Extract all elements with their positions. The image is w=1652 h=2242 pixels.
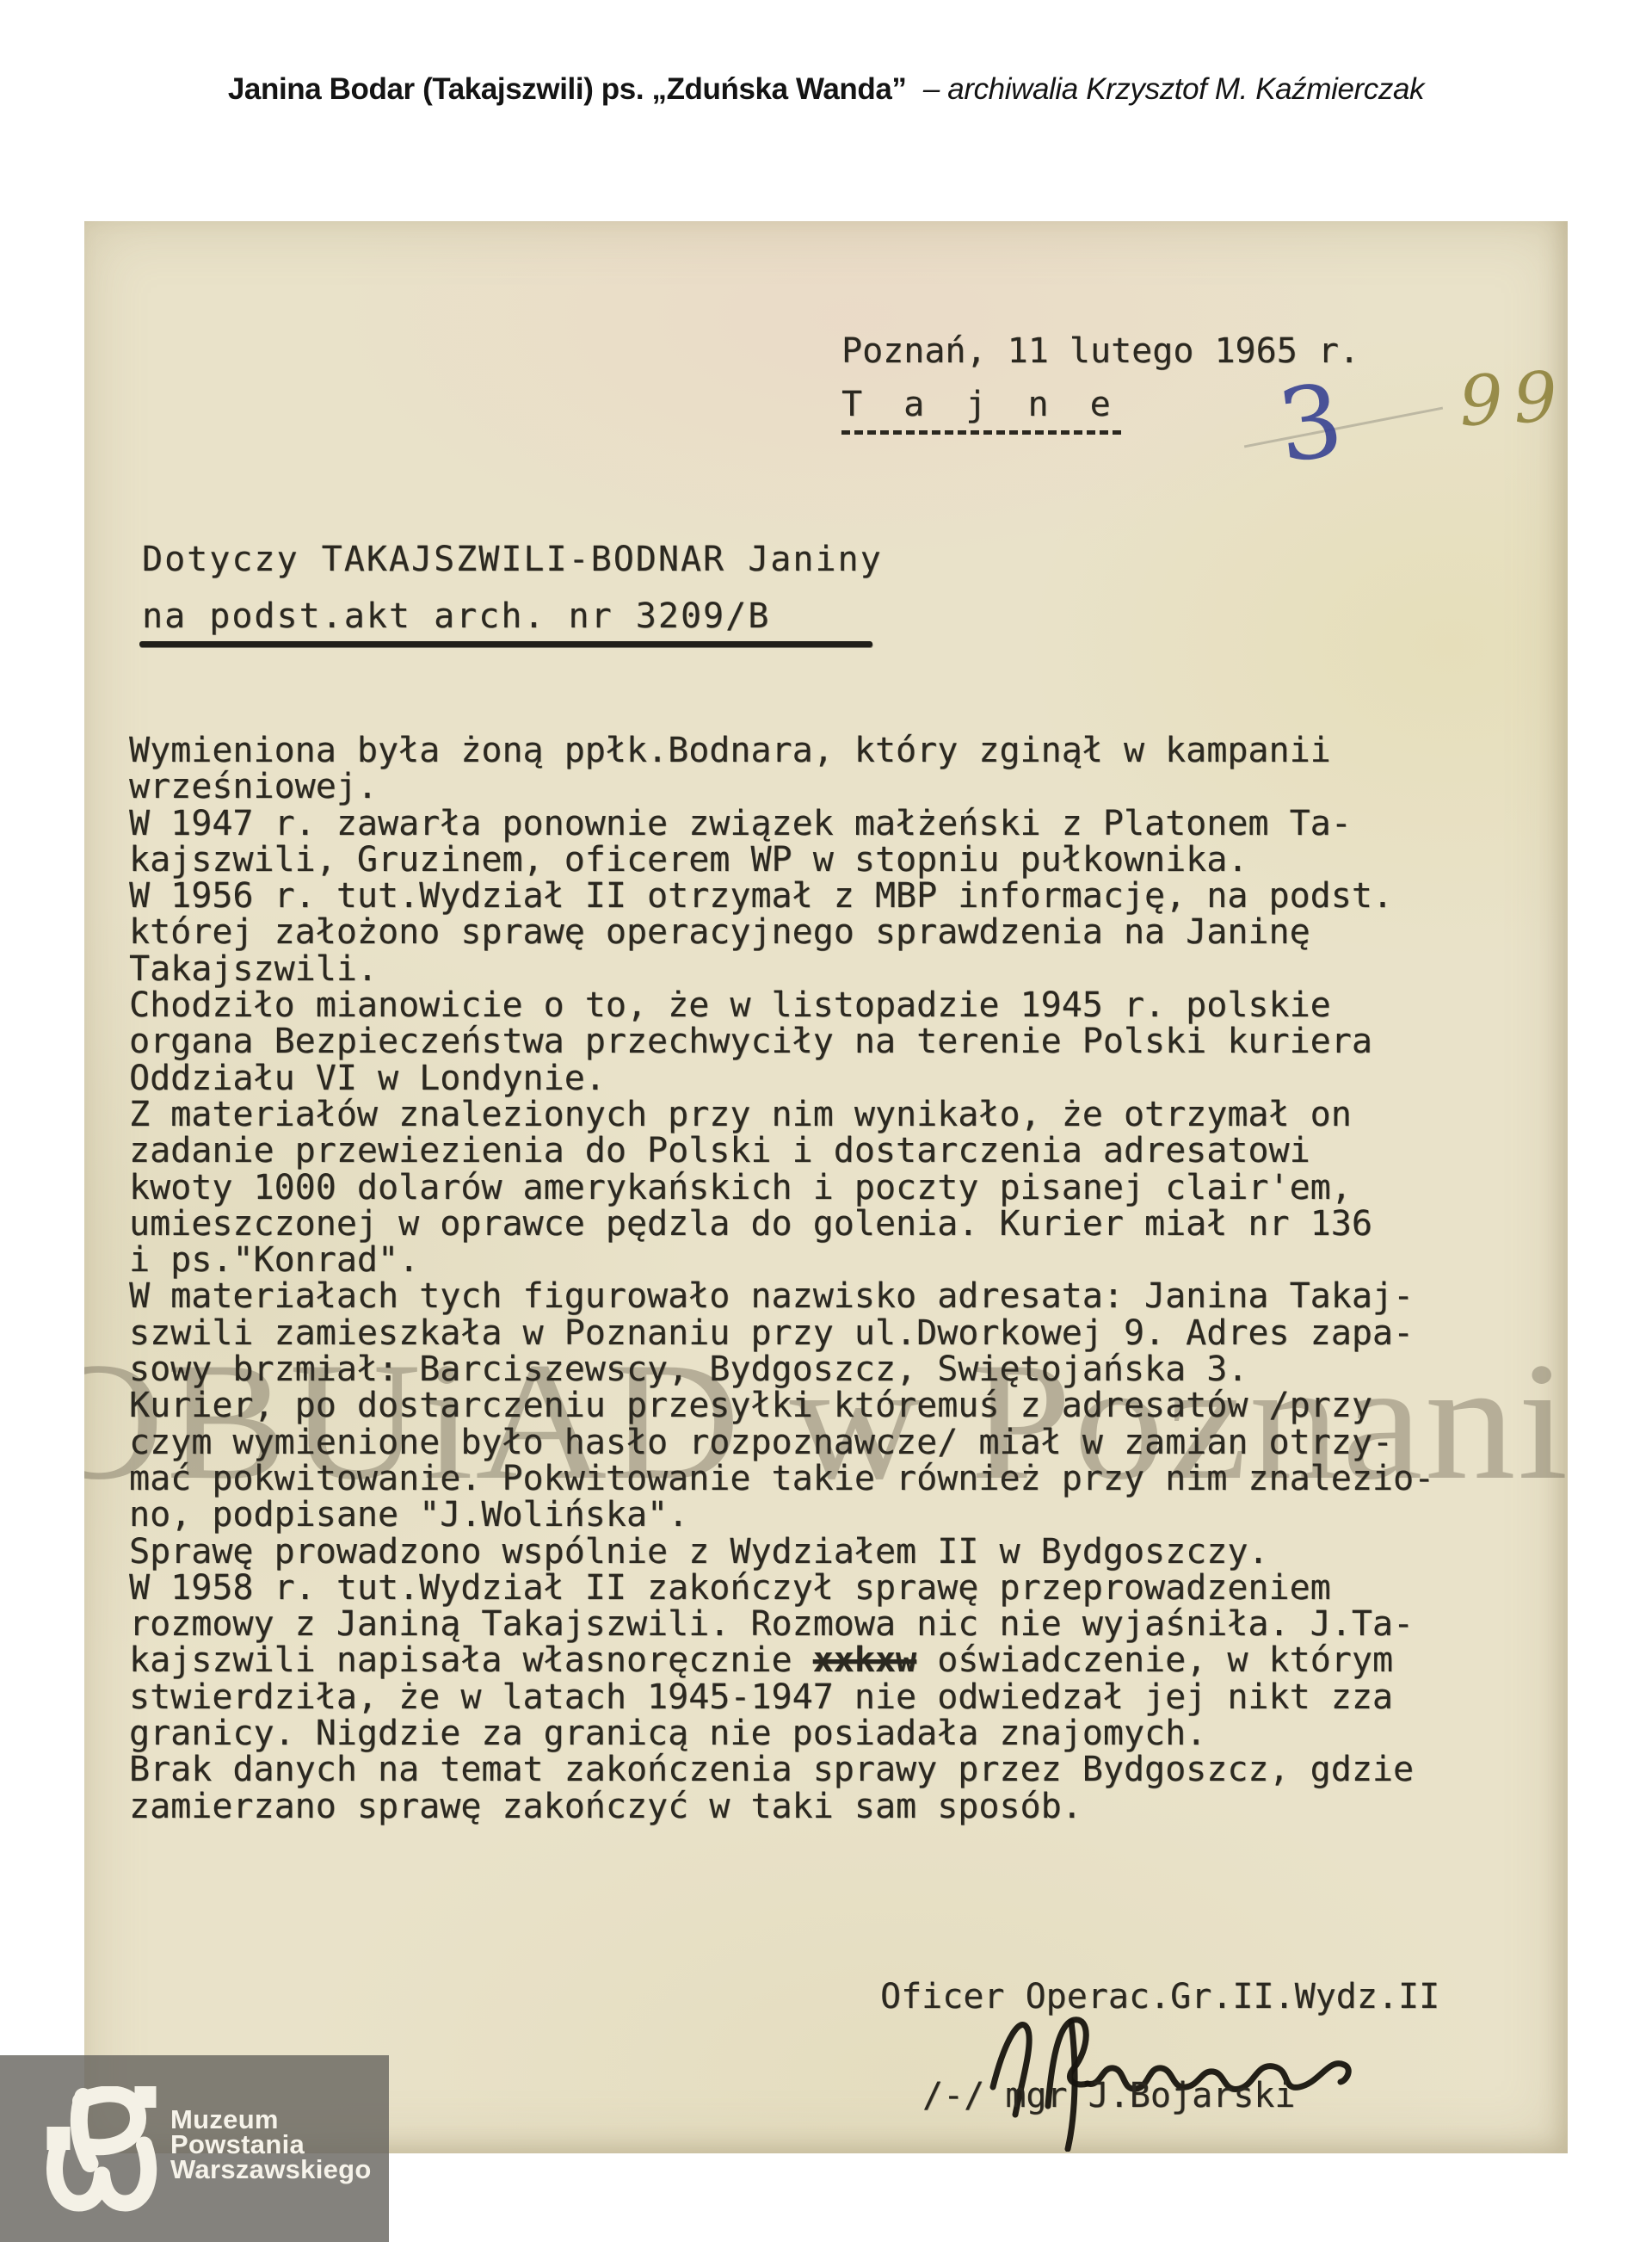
body-line: W materiałach tych figurowało nazwisko a…: [129, 1278, 1434, 1314]
body-line: W 1947 r. zawarła ponownie związek małże…: [129, 806, 1434, 842]
body-line: Sprawę prowadzono wspólnie z Wydziałem I…: [129, 1534, 1434, 1570]
body-line-part: kajszwili napisała własnoręcznie: [129, 1640, 813, 1680]
body-line: i ps."Konrad".: [129, 1242, 1434, 1278]
body-line: Wymieniona była żoną ppłk.Bodnara, który…: [129, 732, 1434, 769]
handwritten-number-blue: 3: [1272, 362, 1349, 485]
body-line: granicy. Nigdzie za granicą nie posiadał…: [129, 1715, 1434, 1751]
body-line: Takajszwili.: [129, 951, 1434, 987]
page: Janina Bodar (Takajszwili) ps. „Zduńska …: [0, 0, 1652, 2242]
body-line: stwierdziła, że w latach 1945-1947 nie o…: [129, 1679, 1434, 1715]
logo-line: Muzeum: [170, 2107, 372, 2132]
subject-block: Dotyczy TAKAJSZWILI-BODNAR Janiny na pod…: [142, 531, 883, 645]
body-line-part: oświadczenie, w którym: [916, 1640, 1393, 1680]
body-line: no, podpisane "J.Wolińska".: [129, 1497, 1434, 1533]
body-line: Chodziło mianowicie o to, że w listopadz…: [129, 987, 1434, 1023]
body-line: kwoty 1000 dolarów amerykańskich i poczt…: [129, 1170, 1434, 1206]
body-line: wrześniowej.: [129, 769, 1434, 805]
museum-logo-text: Muzeum Powstania Warszawskiego: [170, 2107, 372, 2182]
body-line: Brak danych na temat zakończenia sprawy …: [129, 1751, 1434, 1788]
body-line: sowy brzmiał: Barciszewscy, Bydgoszcz, S…: [129, 1351, 1434, 1387]
classification-stamp: T a j n e: [841, 385, 1121, 424]
museum-logo: Muzeum Powstania Warszawskiego: [0, 2055, 389, 2242]
body-line: której założono sprawę operacyjnego spra…: [129, 914, 1434, 950]
body-line-with-overstrike: kajszwili napisała własnoręcznie xxkxw o…: [129, 1642, 1434, 1678]
body-line: kajszwili, Gruzinem, oficerem WP w stopn…: [129, 842, 1434, 878]
subject-line: na podst.akt arch. nr 3209/B: [142, 588, 883, 645]
classification-text: T a j n e: [841, 385, 1121, 435]
body-line: czym wymienione było hasło rozpoznawcze/…: [129, 1424, 1434, 1461]
dateline: Poznań, 11 lutego 1965 r.: [841, 331, 1359, 371]
document-scan: OBUiAD w Poznaniu Poznań, 11 lutego 1965…: [84, 221, 1568, 2153]
signature-name: /-/ mgr J.Bojarski: [922, 2076, 1295, 2115]
body-text: Wymieniona była żoną ppłk.Bodnara, który…: [129, 732, 1434, 1825]
body-line: mać pokwitowanie. Pokwitowanie takie rów…: [129, 1461, 1434, 1497]
handwritten-number-olive: 99: [1458, 356, 1568, 442]
caption-title: Janina Bodar (Takajszwili) ps. „Zduńska …: [228, 72, 907, 106]
body-line: organa Bezpieczeństwa przechwyciły na te…: [129, 1023, 1434, 1059]
body-line: W 1958 r. tut.Wydział II zakończył spraw…: [129, 1570, 1434, 1606]
body-line: W 1956 r. tut.Wydział II otrzymał z MBP …: [129, 878, 1434, 914]
body-line: szwili zamieszkała w Poznaniu przy ul.Dw…: [129, 1315, 1434, 1351]
overstrike-text: xxkxw: [813, 1640, 916, 1680]
logo-line: Powstania: [170, 2132, 372, 2157]
body-line: umieszczonej w oprawce pędzla do golenia…: [129, 1206, 1434, 1242]
body-line: Oddziału VI w Londynie.: [129, 1060, 1434, 1096]
body-line: zamierzano sprawę zakończyć w taki sam s…: [129, 1788, 1434, 1825]
kotwica-anchor-icon: [45, 2086, 163, 2222]
body-line: rozmowy z Janiną Takajszwili. Rozmowa ni…: [129, 1606, 1434, 1642]
subject-line: Dotyczy TAKAJSZWILI-BODNAR Janiny: [142, 531, 883, 588]
logo-line: Warszawskiego: [170, 2157, 372, 2182]
caption-credit: – archiwalia Krzysztof M. Kaźmierczak: [923, 72, 1424, 106]
body-line: Kurier, po dostarczeniu przesyłki którem…: [129, 1387, 1434, 1424]
image-caption: Janina Bodar (Takajszwili) ps. „Zduńska …: [0, 72, 1652, 107]
body-line: zadanie przewiezienia do Polski i dostar…: [129, 1133, 1434, 1169]
underline-rule: [139, 641, 872, 647]
body-line: Z materiałów znalezionych przy nim wynik…: [129, 1096, 1434, 1133]
